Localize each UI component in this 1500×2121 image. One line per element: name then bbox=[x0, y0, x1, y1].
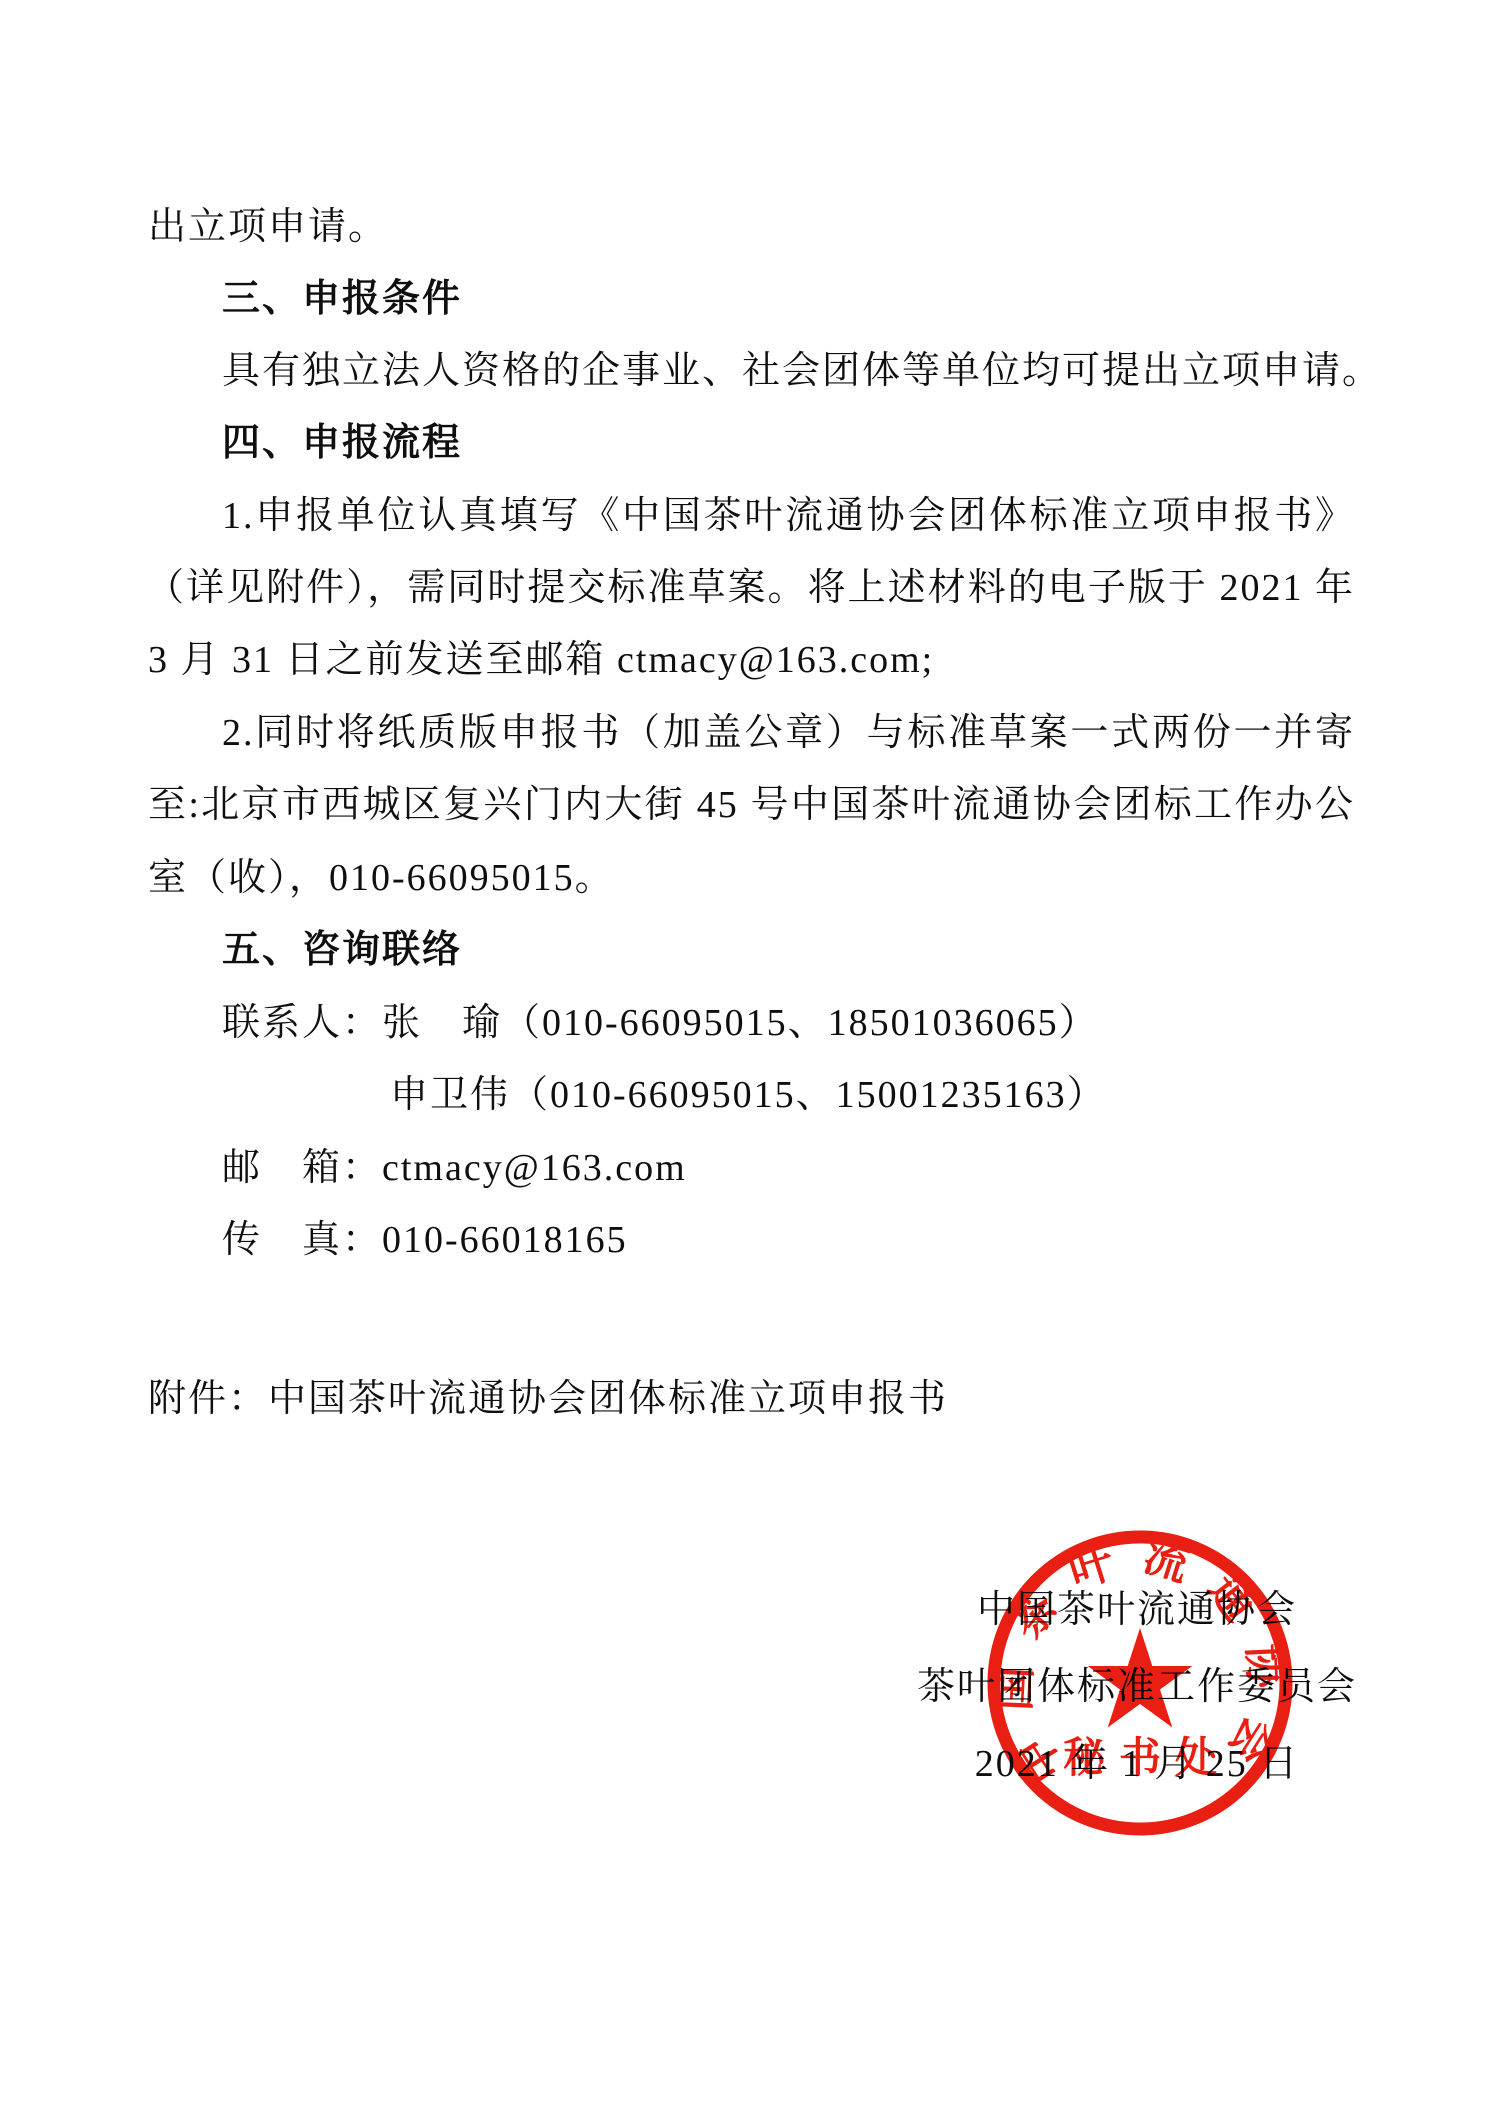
process-step1-line2: （详见附件），需同时提交标准草案。将上述材料的电子版于 2021 年 bbox=[146, 566, 1355, 610]
signature-org-line1: 中国茶叶流通协会 bbox=[977, 1588, 1297, 1632]
process-step1-line1: 1.申报单位认真填写《中国茶叶流通协会团体标准立项申报书》 bbox=[222, 494, 1355, 538]
signature-org-line2: 茶叶团体标准工作委员会 bbox=[917, 1665, 1357, 1709]
process-step2-line3: 室（收），010-66095015。 bbox=[148, 856, 615, 900]
signature-date-line: 2021 年 1 月 25 日 bbox=[975, 1742, 1300, 1786]
process-step2-line1: 2.同时将纸质版申报书（加盖公章）与标准草案一式两份一并寄 bbox=[222, 711, 1355, 755]
heading-section-5: 五、咨询联络 bbox=[222, 928, 462, 972]
paragraph-tail-line: 出立项申请。 bbox=[148, 205, 388, 249]
document-page: 出立项申请。 三、申报条件 具有独立法人资格的企事业、社会团体等单位均可提出立项… bbox=[0, 0, 1500, 2121]
contact-person-line1: 联系人：张 瑜（010-66095015、18501036065） bbox=[222, 1001, 1099, 1045]
contact-person-line2: 申卫伟（010-66095015、15001235163） bbox=[390, 1073, 1107, 1117]
contact-email-line: 邮 箱：ctmacy@163.com bbox=[222, 1146, 687, 1190]
process-step1-line3: 3 月 31 日之前发送至邮箱 ctmacy@163.com; bbox=[148, 638, 934, 682]
contact-fax-line: 传 真：010-66018165 bbox=[222, 1218, 628, 1262]
process-step2-line2: 至:北京市西城区复兴门内大街 45 号中国茶叶流通协会团标工作办公 bbox=[148, 783, 1355, 827]
attachment-line: 附件：中国茶叶流通协会团体标准立项申报书 bbox=[148, 1377, 948, 1421]
paragraph-conditions: 具有独立法人资格的企事业、社会团体等单位均可提出立项申请。 bbox=[222, 349, 1382, 393]
heading-section-3: 三、申报条件 bbox=[222, 277, 462, 321]
heading-section-4: 四、申报流程 bbox=[222, 421, 462, 465]
